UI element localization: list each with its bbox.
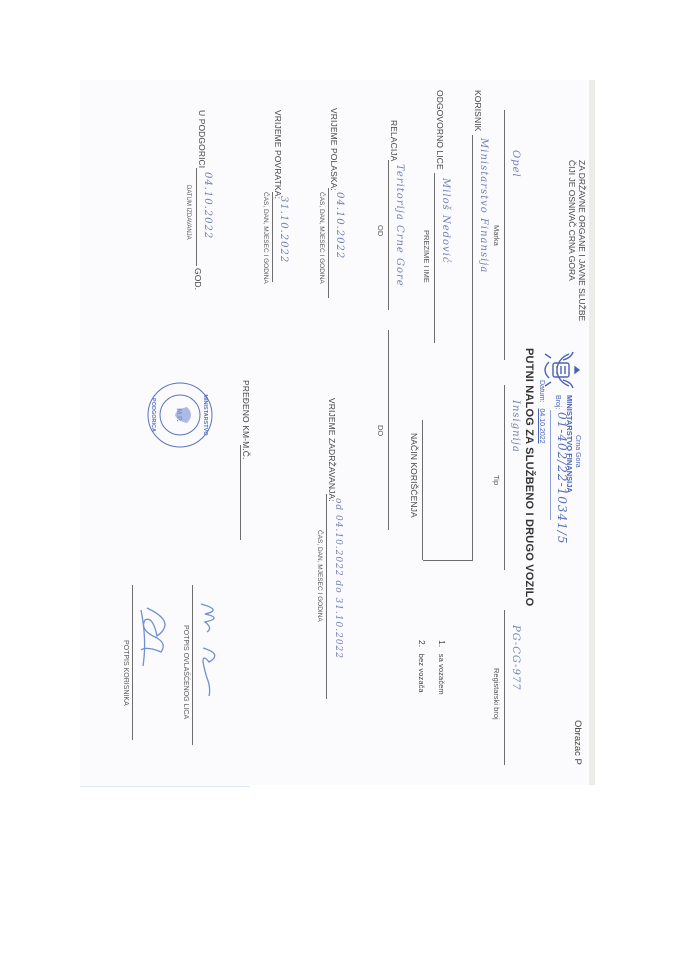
scan-bottom-artifact [80, 786, 250, 787]
usage-option-2-text: bez vozača [417, 650, 426, 693]
issue-year-suffix: GOD. [193, 268, 203, 290]
travel-order-form: ZA DRŽAVNE ORGANE I JAVNE SLUŽBE ČIJI JE… [80, 80, 595, 785]
responsible-person-value: Miloš Nedović [440, 178, 451, 264]
svg-text:MINISTARSTVO: MINISTARSTVO [202, 394, 208, 436]
authorized-signature [193, 600, 227, 710]
header-organization: ZA DRŽAVNE ORGANE I JAVNE SLUŽBE ČIJI JE… [567, 160, 587, 321]
usage-option-2-number: 2. [417, 640, 427, 647]
stamp-date-row: Datum: 04.10.2022 [537, 380, 545, 444]
return-label: VRIJEME POVRATKA: [273, 110, 283, 199]
vehicle-type-label: Tip [492, 475, 501, 485]
user-line [472, 135, 473, 560]
vehicle-registration-label: Registarski broj [492, 668, 501, 720]
route-label: RELACIJA [389, 120, 399, 161]
montenegro-crest-icon [539, 348, 583, 392]
stamp-date-value: 04.10.2022 [538, 405, 545, 444]
stay-label: VRIJEME ZADRŽAVANJA: [327, 398, 337, 502]
user-label: KORISNIK [473, 90, 483, 131]
issue-place-label: U PODGORICI [197, 110, 207, 168]
stay-value: od 04.10.2022 do 31.10.2022 [333, 498, 343, 659]
vehicle-brand-label: Marka [492, 225, 501, 246]
scanned-document: ZA DRŽAVNE ORGANE I JAVNE SLUŽBE ČIJI JE… [80, 80, 595, 785]
user-signature-line [132, 585, 133, 740]
route-from-caption: OD [376, 225, 385, 236]
usage-line [422, 420, 423, 560]
document-title: PUTNI NALOG ZA SLUŽBENO I DRUGO VOZILO [523, 348, 535, 606]
route-to-caption: DO [376, 425, 385, 436]
user-signature [132, 600, 177, 680]
issue-date-value: 04.10.2022 [202, 172, 213, 239]
route-from-value: Teritorija Crne Gore [394, 164, 405, 287]
vehicle-registration-value: PG-CG-977 [510, 625, 521, 691]
responsible-person-label: ODGOVORNO LICE [435, 90, 445, 170]
stamp-date-label: Datum: [538, 380, 545, 403]
departure-caption: ČAS, DAN, MJESEC I GODINA [318, 192, 325, 284]
user-value: Ministarstvo Finansija [478, 138, 489, 273]
return-value: 31.10.2022 [278, 196, 289, 263]
header-line-1: ZA DRŽAVNE ORGANE I JAVNE SLUŽBE [577, 160, 587, 321]
authorized-signature-caption: POTPIS OVLAŠĆENOG LICA [182, 625, 189, 719]
responsible-person-caption: PREZIME I IME [422, 230, 431, 283]
form-code: Obrazac P [572, 720, 583, 765]
return-caption: ČAS, DAN, MJESEC I GODINA [262, 192, 269, 284]
distance-line[interactable] [240, 445, 241, 540]
stamp-number-row: Broj: [553, 395, 561, 409]
stamp-number-value: 01-402/22-10341/5 [555, 412, 569, 544]
stay-caption: ČAS, DAN, MJESEC I GODINA [316, 530, 323, 622]
departure-value: 04.10.2022 [334, 192, 345, 259]
issue-date-caption: DATUM IZDAVANJA [185, 185, 191, 240]
return-line [272, 192, 273, 282]
official-seal-icon: MINISTARSTVO PODGORICA M.P. [145, 380, 215, 450]
stamp-number-label: Broj: [554, 395, 561, 409]
usage-option-1[interactable]: 1. sa vozačem [437, 640, 447, 695]
issue-date-line [196, 168, 197, 266]
usage-option-1-number: 1. [437, 640, 447, 647]
usage-label: NAČIN KORIŠĆENJA [409, 433, 419, 518]
usage-divider [423, 560, 473, 561]
vehicle-registration-line [504, 610, 505, 765]
vehicle-brand-value: Opel [510, 150, 521, 178]
user-signature-caption: POTPIS KORISNIKA [122, 640, 129, 706]
authorized-signature-line [192, 585, 193, 745]
svg-text:PODGORICA: PODGORICA [150, 398, 156, 432]
route-to-line [388, 330, 389, 530]
usage-option-2[interactable]: 2. bez vozača [417, 640, 427, 693]
route-from-line [388, 160, 389, 310]
vehicle-type-value: Insignija [510, 400, 521, 453]
usage-option-1-text: sa vozačem [437, 650, 446, 695]
responsible-person-line [434, 173, 435, 343]
stamp-country: Crna Gora [573, 395, 581, 493]
vehicle-brand-line [504, 110, 505, 360]
vehicle-type-line [504, 385, 505, 570]
departure-label: VRIJEME POLASKA: [329, 108, 339, 191]
stamp-number-underline [550, 410, 551, 520]
departure-line [328, 188, 329, 298]
header-line-2: ČIJI JE OSNIVAČ CRNA GORA [567, 160, 577, 321]
distance-label: PREĐENO KM-M.Č. [241, 380, 251, 459]
stay-line [326, 494, 327, 699]
